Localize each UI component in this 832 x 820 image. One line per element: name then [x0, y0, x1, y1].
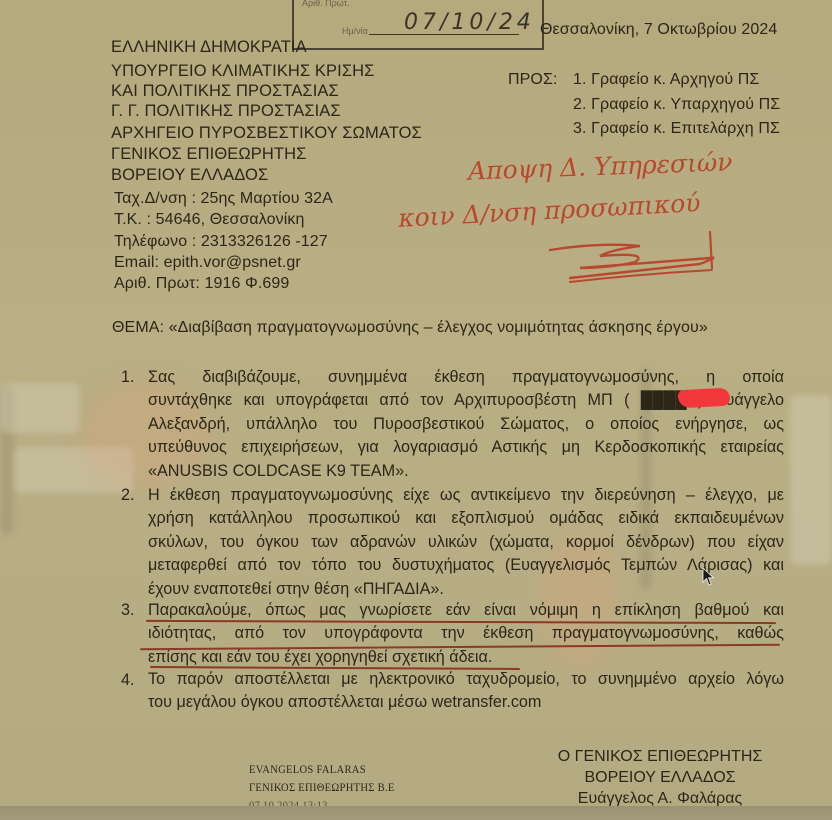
recipient: 1. Γραφείο κ. Αρχηγού ΠΣ	[573, 70, 759, 89]
handwritten-note-line: Αποψη Δ. Υπηρεσιών	[468, 147, 733, 185]
paragraph-number: 4.	[121, 671, 135, 690]
page-bottom-edge	[0, 806, 832, 820]
mouse-cursor-icon	[702, 567, 716, 587]
stamp-handwritten-date: 07/10/24	[404, 10, 535, 35]
phone-line: Τηλέφωνο : 2313326126 -127	[114, 232, 328, 251]
to-label: ΠΡΟΣ:	[508, 70, 558, 89]
paragraph-text: Το παρόν αποστέλλεται με ηλεκτρονικό ταχ…	[148, 668, 784, 715]
email-line: Email: epith.vor@psnet.gr	[114, 253, 301, 272]
signatory-title: Ο ΓΕΝΙΚΟΣ ΕΠΙΘΕΩΡΗΤΗΣ	[520, 747, 800, 766]
issuer-line: ΒΟΡΕΙΟΥ ΕΛΛΑΔΟΣ	[111, 166, 268, 185]
text-line: Η έκθεση πραγματογνωμοσύνης είχε ως αντι…	[148, 484, 784, 507]
issuer-line: ΥΠΟΥΡΓΕΙΟ ΚΛΙΜΑΤΙΚΗΣ ΚΡΙΣΗΣ	[111, 62, 374, 81]
subject-line: ΘΕΜΑ: «Διαβίβαση πραγματογνωμοσύνης – έλ…	[112, 318, 708, 337]
text-line: Σας διαβιβάζουμε, συνημμένα έκθεση πραγμ…	[148, 366, 784, 389]
paragraph-text: Παρακαλούμε, όπως μας γνωρίσετε εάν είνα…	[148, 599, 784, 669]
paragraph-number: 1.	[121, 368, 135, 387]
handwritten-signature-icon	[540, 228, 725, 288]
handwritten-note-line: κοιν Δ/νση προσωπικού	[397, 188, 701, 233]
stamp-label: Αριθ. Πρωτ.	[302, 0, 350, 8]
issuer-line: ΓΕΝΙΚΟΣ ΕΠΙΘΕΩΡΗΤΗΣ	[111, 145, 306, 164]
watermark	[790, 395, 832, 565]
document-page: Αριθ. Πρωτ. Ημ/νία 07/10/24 ΕΛΛΗΝΙΚΗ ΔΗΜ…	[0, 0, 832, 820]
issuer-line: ΑΡΧΗΓΕΙΟ ΠΥΡΟΣΒΕΣΤΙΚΟΥ ΣΩΜΑΤΟΣ	[111, 124, 422, 143]
issuer-line: ΚΑΙ ΠΟΛΙΤΙΚΗΣ ΠΡΟΣΤΑΣΙΑΣ	[111, 82, 339, 101]
paragraph-text: Σας διαβιβάζουμε, συνημμένα έκθεση πραγμ…	[148, 366, 784, 483]
postcode-line: Τ.Κ. : 54646, Θεσσαλονίκη	[114, 210, 304, 229]
issuer-line: ΕΛΛΗΝΙΚΗ ΔΗΜΟΚΡΑΤΙΑ	[111, 38, 307, 57]
registry-stamp: Αριθ. Πρωτ. Ημ/νία 07/10/24	[292, 0, 544, 50]
paragraph-number: 2.	[121, 486, 135, 505]
signatory-region: ΒΟΡΕΙΟΥ ΕΛΛΑΔΟΣ	[520, 768, 800, 787]
redaction-mark	[678, 388, 731, 409]
paragraph-text: Η έκθεση πραγματογνωμοσύνης είχε ως αντι…	[148, 484, 784, 601]
text-line: Το παρόν αποστέλλεται με ηλεκτρονικό ταχ…	[148, 668, 784, 691]
signer-title: ΓΕΝΙΚΟΣ ΕΠΙΘΕΩΡΗΤΗΣ Β.Ε	[249, 782, 395, 794]
address-line: Ταχ.Δ/νση : 25ης Μαρτίου 32Α	[114, 189, 333, 208]
text-line: μεταφερθεί από τον τόπο του δυστυχήματος…	[148, 554, 784, 577]
text-line: έχουν εναποτεθεί στην θέση «ΠΗΓΑΔΙΑ».	[148, 578, 784, 601]
place-date: Θεσσαλονίκη, 7 Οκτωβρίου 2024	[540, 20, 777, 39]
text-line: ιδιότητας, από τον υπογράφοντα την έκθεσ…	[148, 622, 784, 645]
protocol-number: Αριθ. Πρωτ: 1916 Φ.699	[114, 274, 289, 293]
paragraph-number: 3.	[121, 601, 135, 620]
watermark	[0, 383, 80, 433]
recipient: 3. Γραφείο κ. Επιτελάρχη ΠΣ	[573, 119, 780, 138]
text-line: Παρακαλούμε, όπως μας γνωρίσετε εάν είνα…	[148, 599, 784, 622]
signer-name: EVANGELOS FALARAS	[249, 764, 366, 776]
text-line: Αλεξανδρή, υπάλληλο του Πυροσβεστικού Σώ…	[148, 413, 784, 436]
recipient: 2. Γραφείο κ. Υπαρχηγού ΠΣ	[573, 95, 780, 114]
text-line: του μεγάλου όγκου αποστέλλεται μέσω wetr…	[148, 691, 784, 714]
text-line: σκύλων, του όγκου των αδρανών υλικών (χώ…	[148, 531, 784, 554]
stamp-date-label: Ημ/νία	[342, 26, 368, 36]
issuer-line: Γ. Γ. ΠΟΛΙΤΙΚΗΣ ΠΡΟΣΤΑΣΙΑΣ	[111, 102, 341, 121]
text-line: χρήση κατάλληλου προσωπικού και εξοπλισμ…	[148, 507, 784, 530]
text-line: «ANUSBIS COLDCASE K9 TEAM».	[148, 460, 784, 483]
text-line: υπεύθυνος επιχειρήσεων, για λογαριασμό Α…	[148, 436, 784, 459]
